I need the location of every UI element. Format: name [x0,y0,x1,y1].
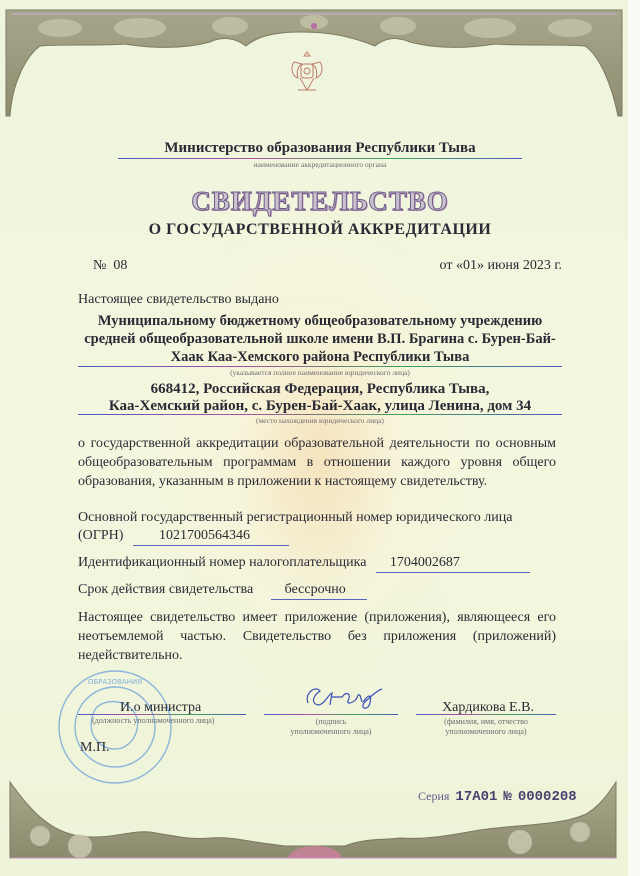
validity-value: бессрочно [271,580,367,600]
signature-caption-2: уполномоченного лица) [264,727,398,736]
ogrn-value: 1021700564346 [133,526,289,546]
authority-underline [118,158,522,159]
number-value: 08 [113,258,127,273]
coat-of-arms-icon [286,48,328,96]
authority-name: Министерство образования Республики Тыва [60,140,580,157]
svg-text:ОБРАЗОВАНИЯ: ОБРАЗОВАНИЯ [88,678,142,686]
document-title: СВИДЕТЕЛЬСТВО [60,186,580,217]
ogrn-label-short: (ОГРН) [78,528,123,543]
bottom-ornament-border [0,780,628,876]
position-caption: (должность уполномоченного лица) [92,716,214,725]
address-caption: (место нахождения юридического лица) [78,416,562,425]
inn-label: Идентификационный номер налогоплательщик… [78,555,366,570]
name-caption-1: (фамилия, имя, отчество [416,717,556,726]
certificate-page: Министерство образования Республики Тыва… [0,0,628,876]
ogrn-row: (ОГРН) 1021700564346 [78,526,289,546]
organization-underline [78,366,562,367]
issued-intro: Настоящее свидетельство выдано [78,290,279,309]
document-subtitle: О ГОСУДАРСТВЕННОЙ АККРЕДИТАЦИИ [60,221,580,239]
validity-row: Срок действия свидетельства бессрочно [78,580,367,600]
appendix-note: Настоящее свидетельство имеет приложение… [78,608,556,665]
authority-caption: наименование аккредитационного органа [60,160,580,169]
organization-name: Муниципальному бюджетному общеобразовате… [78,312,562,366]
handwritten-signature [302,681,392,711]
inn-row: Идентификационный номер налогоплательщик… [78,553,530,573]
signature-caption-1: (подпись [264,717,398,726]
organization-caption: (указывается полное наименование юридиче… [78,368,562,377]
certificate-number: № 08 [93,258,127,274]
number-label: № [93,258,106,273]
official-seal-stamp: ОБРАЗОВАНИЯ [56,668,174,786]
position-underline [78,714,246,715]
ogrn-label: Основной государственный регистрационный… [78,508,512,527]
accreditation-purpose: о государственной аккредитации образоват… [78,434,556,491]
address-underline [78,414,562,415]
name-underline [416,714,556,715]
scan-edge [628,0,640,876]
seal-label: М.П. [80,738,110,757]
validity-label: Срок действия свидетельства [78,582,253,597]
name-caption-2: уполномоченного лица) [416,727,556,736]
inn-value: 1704002687 [376,553,530,573]
signature-underline [264,714,398,715]
issue-date: от «01» июня 2023 г. [440,258,562,274]
